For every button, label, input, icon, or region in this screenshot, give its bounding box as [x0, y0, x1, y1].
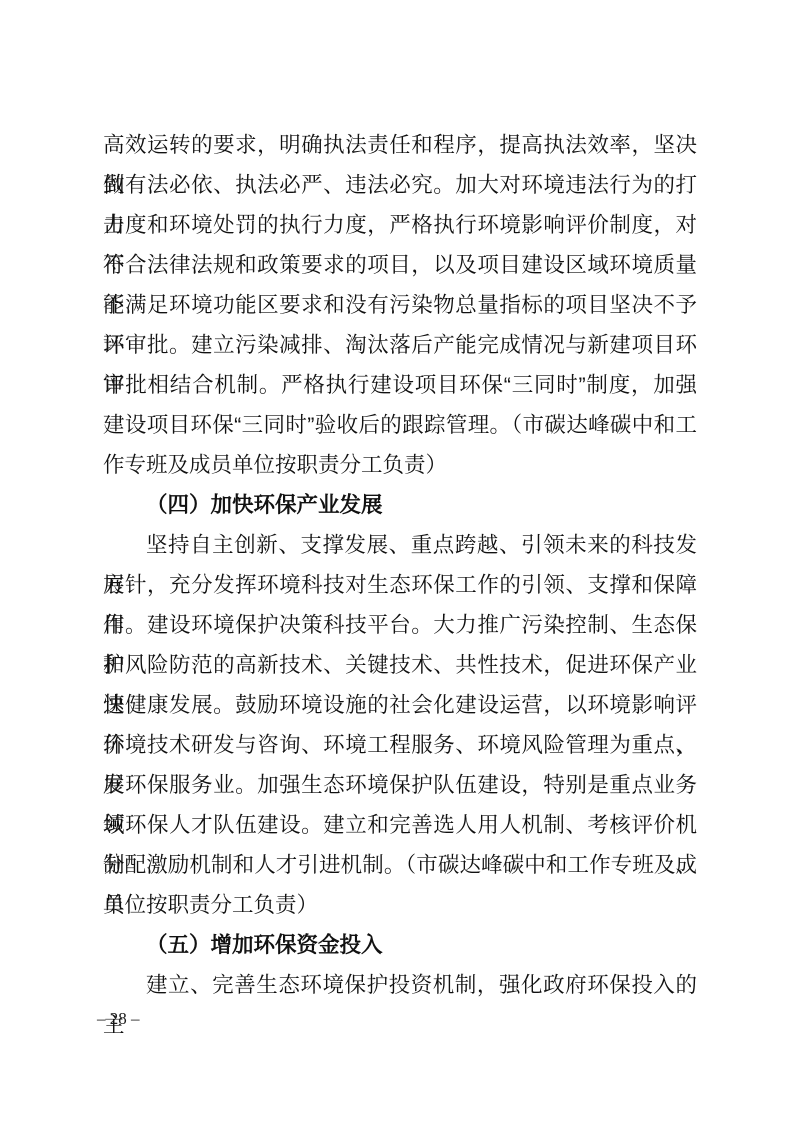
body-text-line: 作专班及成员单位按职责分工负责） — [103, 445, 697, 485]
section-heading: （四）加快环保产业发展 — [103, 485, 697, 525]
section-heading: （五）增加环保资金投入 — [103, 925, 697, 965]
body-text-line: 域环保人才队伍建设。建立和完善选人用人机制、考核评价机制、 — [103, 805, 697, 845]
body-text-line: 能满足环境功能区要求和没有污染物总量指标的项目坚决不予环 — [103, 285, 697, 325]
body-text-line: 速健康发展。鼓励环境设施的社会化建设运营，以环境影响评价、 — [103, 685, 697, 725]
body-text-line: 建设项目环保“三同时”验收后的跟踪管理。（市碳达峰碳中和工 — [103, 405, 697, 445]
body-text-line: 到有法必依、执法必严、违法必究。加大对环境违法行为的打击 — [103, 165, 697, 205]
page-number: – 28 – — [97, 1006, 140, 1032]
body-text-line: 展环保服务业。加强生态环境保护队伍建设，特别是重点业务领 — [103, 765, 697, 805]
body-text-line: 力度和环境处罚的执行力度，严格执行环境影响评价制度，对不 — [103, 205, 697, 245]
body-text-line: 环境技术研发与咨询、环境工程服务、环境风险管理为重点，发 — [103, 725, 697, 765]
body-text-line: 坚持自主创新、支撑发展、重点跨越、引领未来的科技发展 — [103, 525, 697, 565]
body-text-line: 用。建设环境保护决策科技平台。大力推广污染控制、生态保护 — [103, 605, 697, 645]
body-text-line: 符合法律法规和政策要求的项目，以及项目建设区域环境质量不 — [103, 245, 697, 285]
document-body: 高效运转的要求，明确执法责任和程序，提高执法效率，坚决做到有法必依、执法必严、违… — [103, 125, 697, 1005]
body-text-line: 高效运转的要求，明确执法责任和程序，提高执法效率，坚决做 — [103, 125, 697, 165]
body-text-line: 建立、完善生态环境保护投资机制，强化政府环保投入的主 — [103, 965, 697, 1005]
body-text-line: 单位按职责分工负责） — [103, 885, 697, 925]
body-text-line: 和风险防范的高新技术、关键技术、共性技术，促进环保产业快 — [103, 645, 697, 685]
document-page: 高效运转的要求，明确执法责任和程序，提高执法效率，坚决做到有法必依、执法必严、违… — [0, 0, 793, 1122]
body-text-line: 评审批。建立污染减排、淘汰落后产能完成情况与新建项目环评 — [103, 325, 697, 365]
body-text-line: 审批相结合机制。严格执行建设项目环保“三同时”制度，加强 — [103, 365, 697, 405]
body-text-line: 分配激励机制和人才引进机制。（市碳达峰碳中和工作专班及成员 — [103, 845, 697, 885]
body-text-line: 方针，充分发挥环境科技对生态环保工作的引领、支撑和保障作 — [103, 565, 697, 605]
